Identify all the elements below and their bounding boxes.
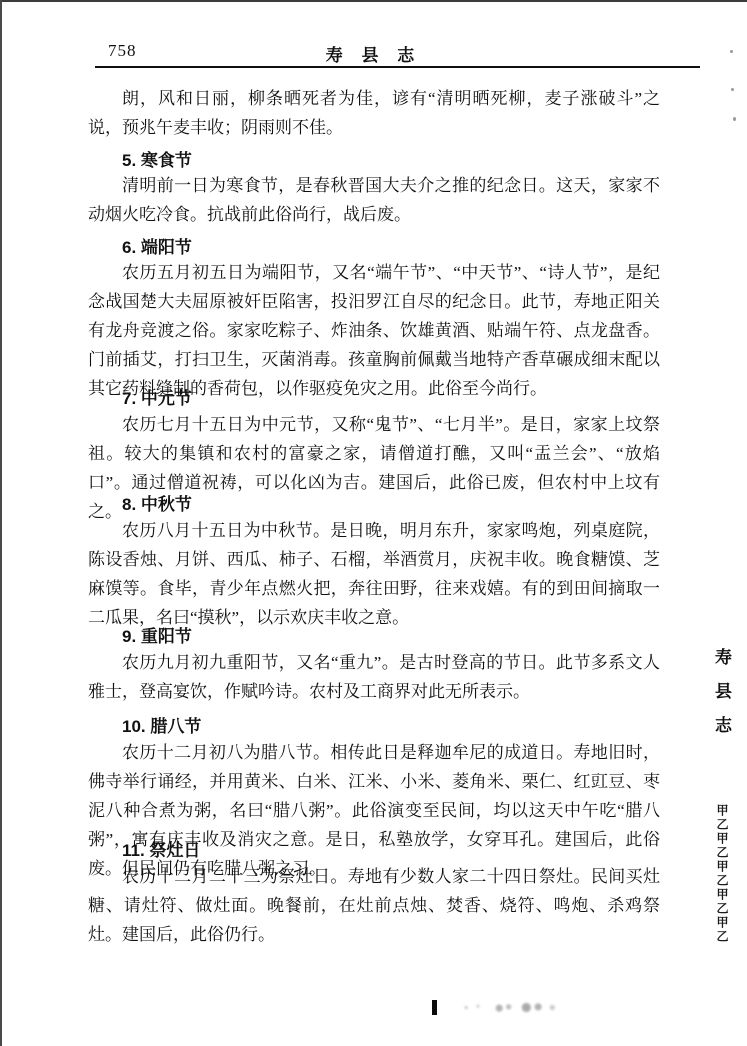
footer-tick-mark — [432, 1000, 437, 1015]
section-body-jizaori: 农历十二月二十三为祭灶日。寿地有少数人家二十四日祭灶。民间买灶糖、请灶符、做灶面… — [88, 862, 660, 949]
section-heading-duanyangjie: 6. 端阳节 — [88, 237, 660, 259]
section-heading-jizaori: 11. 祭灶日 — [88, 840, 660, 862]
section-body-duanyangjie: 农历五月初五日为端阳节，又名“端午节”、“中天节”、“诗人节”，是纪念战国楚大夫… — [88, 258, 660, 403]
section-heading-chongyangjie: 9. 重阳节 — [88, 626, 660, 648]
paragraph-continuation: 朗，风和日丽，柳条晒死者为佳，谚有“清明晒死柳，麦子涨破斗”之说，预兆午麦丰收；… — [88, 84, 660, 142]
scanned-book-page: 758 寿 县 志 朗，风和日丽，柳条晒死者为佳，谚有“清明晒死柳，麦子涨破斗”… — [0, 0, 747, 1046]
margin-edge-code: 甲乙甲乙甲乙甲乙甲乙 — [714, 804, 731, 944]
scan-speck — [731, 88, 734, 91]
section-body-zhongqiujie: 农历八月十五日为中秋节。是日晚，明月东升，家家鸣炮，列桌庭院，陈设香烛、月饼、西… — [88, 516, 660, 632]
section-body-hanshijie: 清明前一日为寒食节，是春秋晋国大夫介之推的纪念日。这天，家家不动烟火吃冷食。抗战… — [88, 171, 660, 229]
footer-smudge — [452, 1001, 570, 1014]
section-heading-zhongqiujie: 8. 中秋节 — [88, 494, 660, 516]
section-heading-hanshijie: 5. 寒食节 — [88, 150, 660, 172]
scan-top-border — [0, 0, 747, 2]
running-title: 寿 县 志 — [0, 41, 747, 66]
section-heading-zhongyuanjie: 7. 中元节 — [88, 388, 660, 410]
section-body-chongyangjie: 农历九月初九重阳节，又名“重九”。是古时登高的节日。此节多系文人雅士，登高宴饮，… — [88, 648, 660, 706]
margin-vertical-title: 寿县志 — [709, 648, 734, 750]
header-rule — [95, 66, 700, 68]
section-heading-labajie: 10. 腊八节 — [88, 716, 660, 738]
scan-left-border — [0, 0, 2, 1046]
scan-speck — [733, 117, 736, 121]
